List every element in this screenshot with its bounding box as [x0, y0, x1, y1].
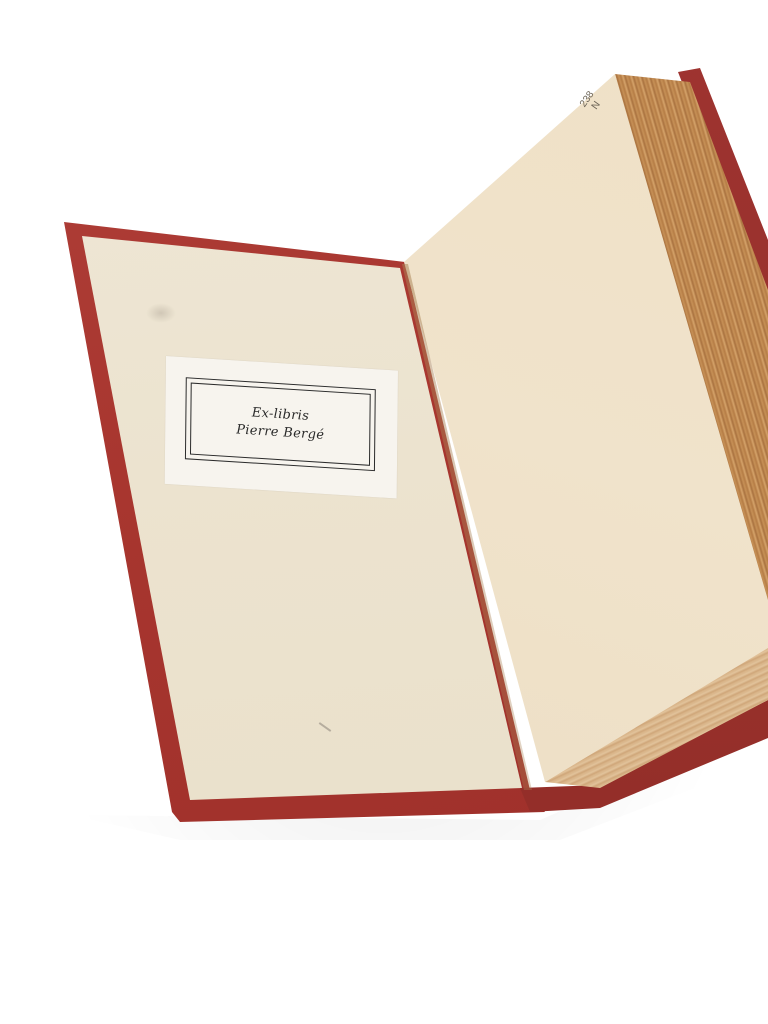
bookplate-inner-frame: Ex-libris Pierre Bergé [190, 383, 371, 466]
ex-libris-bookplate: Ex-libris Pierre Bergé [165, 356, 398, 499]
bookplate-owner-name: Pierre Bergé [236, 421, 324, 445]
photo-scene: Ex-libris Pierre Bergé 238 N [0, 0, 768, 1024]
bookplate-outer-frame: Ex-libris Pierre Bergé [185, 377, 376, 471]
paper-stain [146, 303, 176, 323]
